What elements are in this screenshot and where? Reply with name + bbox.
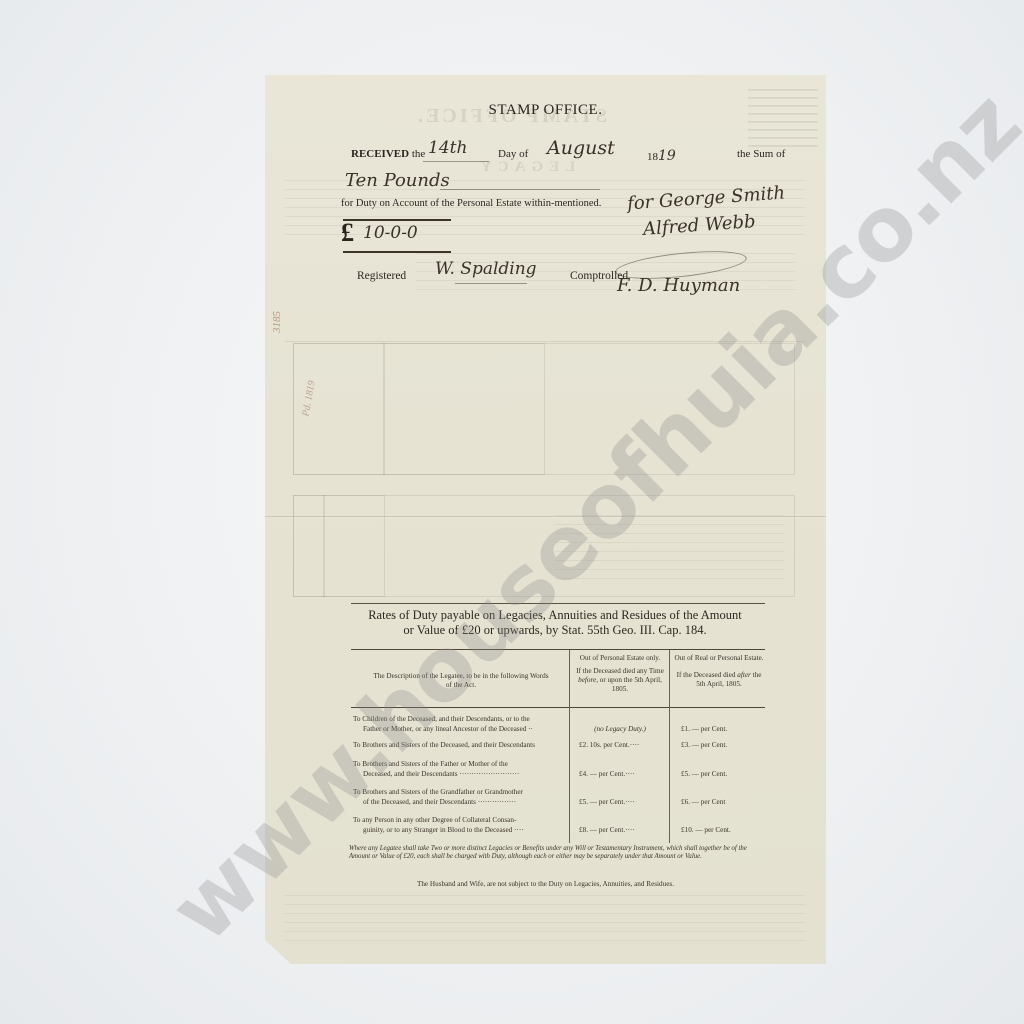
header-personal-estate: Out of Personal Estate only. If the Dece…: [573, 654, 667, 694]
header-real-sub-1: If the Deceased died: [677, 671, 736, 679]
header-real-sub-em: after: [737, 671, 751, 679]
rate-after-1805: £6. — per Cent: [673, 798, 773, 806]
rates-title: Rates of Duty payable on Legacies, Annui…: [335, 608, 775, 638]
sum-words-handwritten: Ten Pounds: [345, 170, 450, 191]
rate-after-1805: £10. — per Cent.: [673, 826, 773, 834]
day-of-label: Day of: [498, 148, 528, 160]
margin-reference-number: 3185: [271, 311, 283, 333]
row-desc-line1: To Brothers and Sisters of the Deceased,…: [353, 741, 535, 749]
registered-underline: [455, 283, 527, 284]
column-divider-1: [569, 650, 570, 843]
row-desc-line2: Father or Mother, or any lineal Ancestor…: [353, 725, 567, 735]
rate-before-1805: £2. 10s. per Cent.····: [573, 741, 673, 749]
header-real-sub: If the Deceased died after the 5th April…: [673, 671, 765, 689]
row-desc-line1: To Brothers and Sisters of the Grandfath…: [353, 788, 523, 796]
row-desc-line1: To any Person in any other Degree of Col…: [353, 816, 516, 824]
row-description: To any Person in any other Degree of Col…: [353, 816, 567, 835]
stamp-office-title: STAMP OFFICE.: [265, 102, 826, 119]
ghost-corner-block: [748, 89, 818, 149]
the-label: the: [412, 148, 425, 160]
month-handwritten: August: [547, 137, 615, 159]
header-personal-sub-em: before,: [578, 676, 598, 684]
header-personal-sub-1: If the Deceased died any Time: [576, 667, 664, 675]
row-desc-line1: To Brothers and Sisters of the Father or…: [353, 760, 508, 768]
ghost-table-col: [323, 495, 385, 597]
header-personal-sub: If the Deceased died any Time before, or…: [573, 667, 667, 694]
row-description: To Children of the Deceased, and their D…: [353, 715, 567, 734]
header-personal-title: Out of Personal Estate only.: [573, 654, 667, 663]
ghost-rule: [285, 341, 806, 342]
registered-label: Registered: [357, 270, 406, 282]
pound-sign: £: [341, 218, 354, 248]
rates-title-line-1: Rates of Duty payable on Legacies, Annui…: [335, 608, 775, 623]
received-label: RECEIVED: [351, 148, 409, 160]
day-blank-line: [423, 161, 489, 162]
row-desc-line2: guinity, or to any Stranger in Blood to …: [353, 826, 567, 836]
duty-line: for Duty on Account of the Personal Esta…: [341, 198, 601, 209]
header-real-title: Out of Real or Personal Estate.: [673, 654, 765, 663]
header-personal-sub-2: or upon the 5th April, 1805.: [600, 676, 662, 693]
header-description: The Description of the Legatee, to be in…: [371, 672, 551, 690]
rates-table: The Description of the Legatee, to be in…: [351, 649, 765, 708]
document-page: STAMP OFFICE. LEGACY STAMP OFFICE. RECEI…: [265, 75, 826, 964]
rates-table-header: The Description of the Legatee, to be in…: [351, 649, 765, 708]
row-desc-line2: Deceased, and their Descendants ········…: [353, 770, 567, 780]
ghost-penalties-text: [285, 895, 805, 945]
year-handwritten: 19: [658, 148, 676, 164]
fold-crease: [265, 516, 826, 517]
year-prefix: 18: [647, 151, 658, 163]
rates-title-line-2: or Value of £20 or upwards, by Stat. 55t…: [335, 623, 775, 638]
row-desc-line1: To Children of the Deceased, and their D…: [353, 715, 530, 723]
registered-signature: W. Spalding: [435, 259, 537, 279]
husband-wife-note: The Husband and Wife, are not subject to…: [265, 880, 826, 888]
rates-top-rule: [351, 603, 765, 604]
rate-after-1805: £5. — per Cent.: [673, 770, 773, 778]
row-desc-line2: of the Deceased, and their Descendants ·…: [353, 798, 567, 808]
amount-handwritten: 10-0-0: [363, 223, 418, 243]
ghost-handwriting: [555, 515, 785, 585]
ghost-table-col: [383, 343, 545, 475]
rate-before-1805: £8. — per Cent.····: [573, 826, 673, 834]
rate-before-1805: £4. — per Cent.····: [573, 770, 673, 778]
rate-after-1805: £3. — per Cent.: [673, 741, 773, 749]
legacy-footnote: Where any Legatee shall take Two or more…: [349, 845, 769, 861]
rate-before-1805: £5. — per Cent.····: [573, 798, 673, 806]
sum-blank-line: [440, 189, 600, 190]
row-description: To Brothers and Sisters of the Deceased,…: [353, 741, 567, 751]
ghost-table-col: [293, 495, 325, 597]
rate-before-1805: (no Legacy Duty.): [573, 725, 667, 733]
sum-of-label: the Sum of: [737, 148, 785, 160]
ghost-reverse-legacy: LEGACY: [475, 159, 575, 176]
received-line: RECEIVED the: [351, 148, 425, 160]
row-description: To Brothers and Sisters of the Father or…: [353, 760, 567, 779]
rate-after-1805: £1. — per Cent.: [673, 725, 773, 733]
row-description: To Brothers and Sisters of the Grandfath…: [353, 788, 567, 807]
day-handwritten: 14th: [428, 138, 467, 158]
year-line: 1819: [647, 148, 676, 164]
header-real-estate: Out of Real or Personal Estate. If the D…: [673, 654, 765, 689]
